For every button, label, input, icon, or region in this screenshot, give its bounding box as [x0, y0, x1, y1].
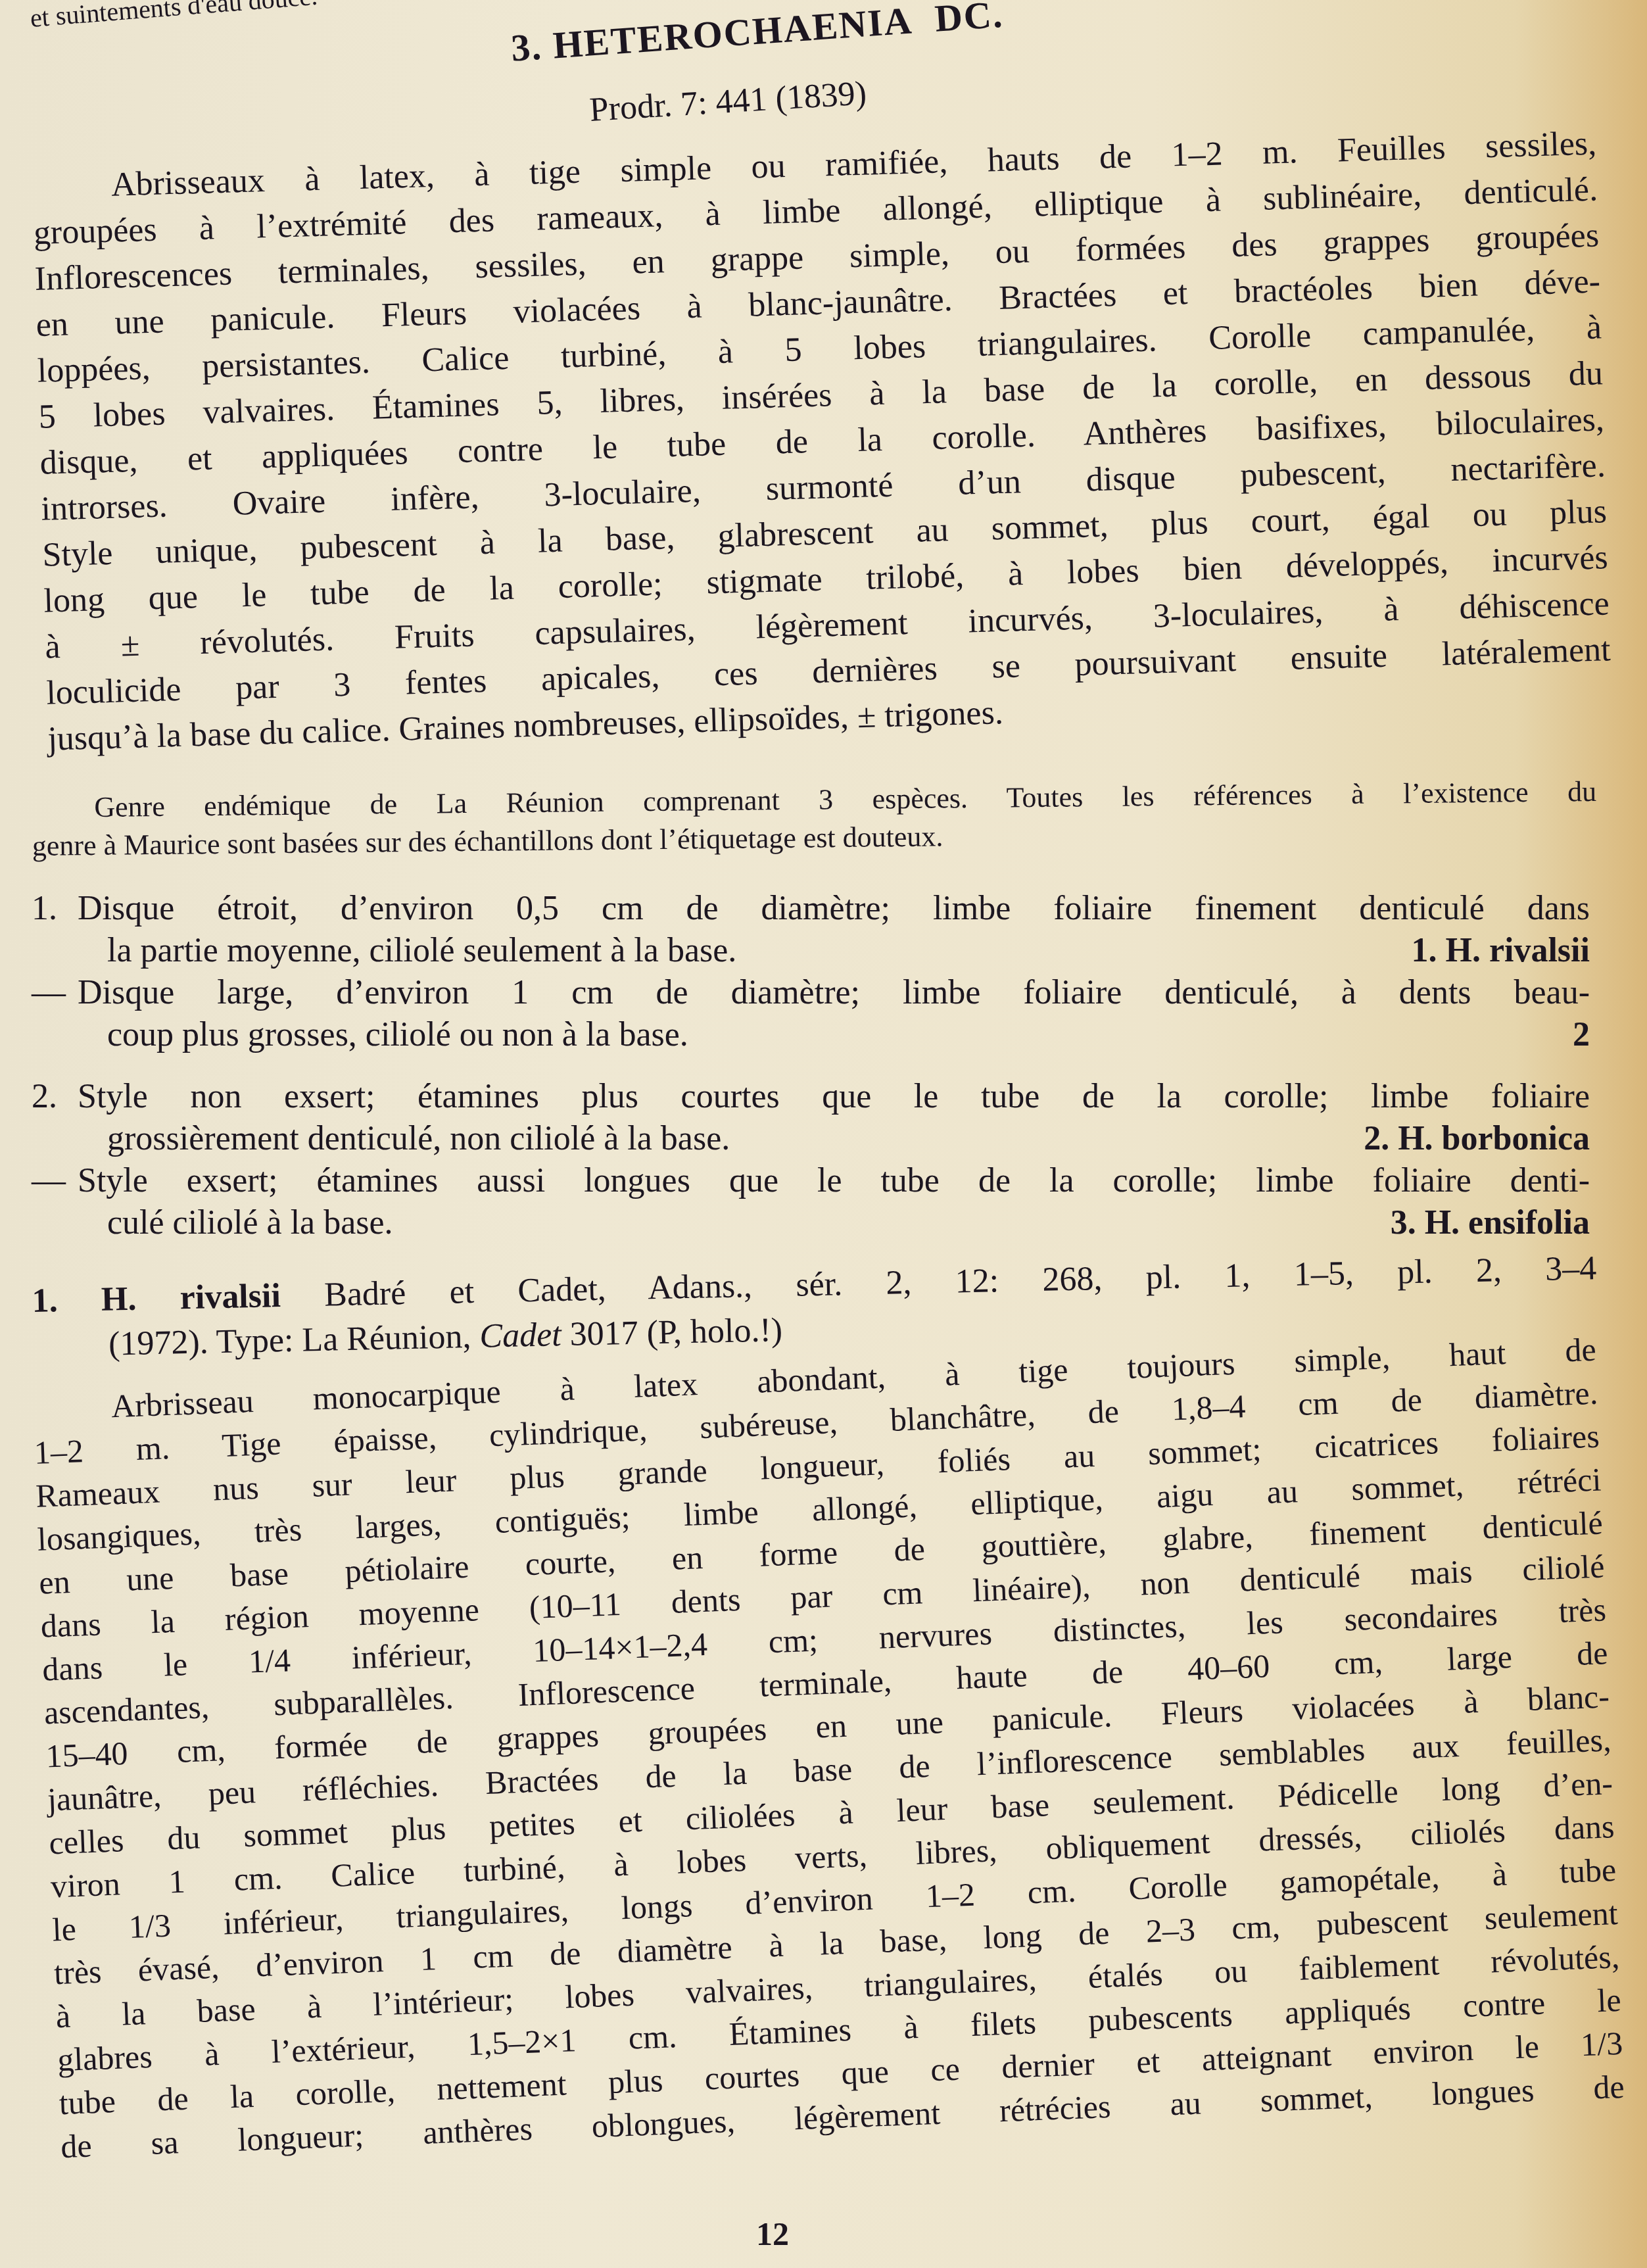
citation-text: 3017 (P, holo.!) — [561, 1311, 783, 1353]
genus-title: 3. HETEROCHAENIA — [510, 0, 914, 70]
key-lead-text: Style exsert; étamines aussi longues que… — [78, 1160, 1590, 1202]
species-name: 1. H. rivalsii — [32, 1277, 281, 1320]
key-lead: 1. Disque étroit, d’environ 0,5 cm de di… — [32, 888, 1590, 930]
key-result: 1. H. rivalsii — [1411, 930, 1590, 972]
key-lead: — Disque large, d’environ 1 cm de diamèt… — [32, 972, 1590, 1014]
key-lead-text: culé ciliolé à la base. — [107, 1202, 393, 1244]
key-lead-text: coup plus grosses, ciliolé ou non à la b… — [107, 1014, 688, 1056]
type-collector: Cadet — [479, 1316, 561, 1355]
genus-heading: 3. HETEROCHAENIADC. — [510, 0, 1005, 70]
key-lead-continuation: culé ciliolé à la base. 3. H. ensifolia — [32, 1202, 1590, 1244]
book-page: et suintements d'eau douce. 3. HETEROCHA… — [0, 0, 1647, 2268]
key-result: 2 — [1573, 1014, 1590, 1056]
key-lead-continuation: grossièrement denticulé, non ciliolé à l… — [32, 1118, 1590, 1160]
key-lead-number: 1. — [32, 888, 78, 930]
key-couplet-2: 2. Style non exsert; étamines plus court… — [32, 1076, 1590, 1244]
genus-note: Genre endémique de La Réunion comprenant… — [32, 773, 1597, 865]
key-lead: — Style exsert; étamines aussi longues q… — [32, 1160, 1590, 1202]
genus-author: DC. — [934, 0, 1005, 40]
page-number: 12 — [756, 2215, 789, 2253]
key-lead-text: la partie moyenne, ciliolé seulement à l… — [107, 930, 736, 972]
key-lead-number: 2. — [32, 1076, 78, 1118]
previous-section-tail: et suintements d'eau douce. — [29, 0, 319, 34]
key-lead-text: Disque large, d’environ 1 cm de diamètre… — [78, 972, 1590, 1014]
key-lead-text: Style non exsert; étamines plus courtes … — [78, 1076, 1590, 1118]
key-lead-continuation: la partie moyenne, ciliolé seulement à l… — [32, 930, 1590, 972]
key-lead-number: — — [32, 1160, 78, 1202]
key-couplet-1: 1. Disque étroit, d’environ 0,5 cm de di… — [32, 888, 1590, 1056]
key-lead-continuation: coup plus grosses, ciliolé ou non à la b… — [32, 1014, 1590, 1056]
genus-reference: Prodr. 7: 441 (1839) — [588, 74, 868, 130]
key-lead-text: Disque étroit, d’environ 0,5 cm de diamè… — [78, 888, 1590, 930]
genus-description: Abrisseaux à latex, à tige simple ou ram… — [32, 121, 1612, 763]
key-result: 3. H. ensifolia — [1391, 1202, 1590, 1244]
species-description: Arbrisseau monocarpique à latex abondant… — [32, 1328, 1625, 2168]
key-lead: 2. Style non exsert; étamines plus court… — [32, 1076, 1590, 1118]
citation-text: (1972). Type: La Réunion, — [108, 1318, 480, 1363]
key-lead-text: grossièrement denticulé, non ciliolé à l… — [107, 1118, 730, 1160]
identification-key: 1. Disque étroit, d’environ 0,5 cm de di… — [32, 888, 1590, 1264]
key-result: 2. H. borbonica — [1364, 1118, 1590, 1160]
key-lead-number: — — [32, 972, 78, 1014]
